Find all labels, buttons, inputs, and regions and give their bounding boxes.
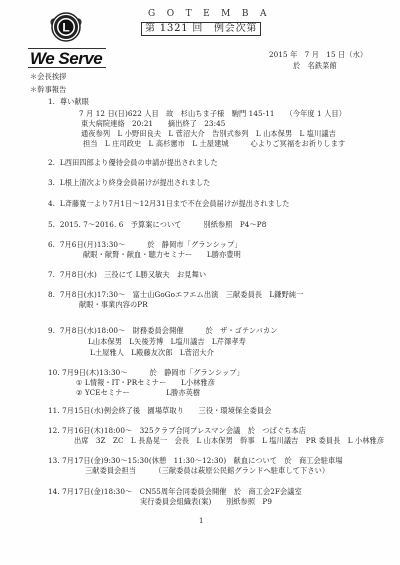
item-title: 7月9日(木)13:30～ 於 静岡市「グランシップ」	[62, 368, 244, 377]
item-line: ② YCEセミナー L勝亦英樹	[76, 388, 200, 397]
item-line: 出席 3Z ZC L 長島晃一 会長 L 山本保男 幹事 L 塩川議吉 PR 委…	[74, 436, 384, 445]
item-title: L西田四郎より優待会員の申請が提出されました	[60, 158, 218, 167]
item-title: 7月8日(水)17:30～ 富士山GoGoエフエム出演 三献委員長 L鎌野純一	[60, 290, 304, 299]
item-title: L根上清次より終身会員届けが提出されました	[60, 178, 211, 187]
section-president-greeting: ＊会長挨拶	[30, 72, 66, 81]
item-title: 7月8日(水)18:00～ 財務委員会開催 於 ザ・ゴテンバカン	[60, 326, 278, 335]
page-number: 1	[199, 517, 203, 525]
item-number: 7.	[48, 270, 55, 279]
item-number: 4.	[48, 199, 55, 208]
item-number: 10.	[48, 368, 60, 377]
item-title: 7月6日(月)13:30～ 於 静岡市「グランシップ」	[60, 240, 242, 249]
item-title: 7月15日(水)例会終了後 園場草取り 三役・環境保全委員会	[62, 406, 271, 415]
agenda-item-13: 13. 7月17日(金)9:30～15:30(休憩 11:30～12:30) 献…	[48, 456, 343, 465]
item-line: L土屋雅人 L殿藤友次郎 L菅沼大介	[90, 348, 214, 357]
item-line: ① L情報・IT・PRセミナー L小林雅彦	[76, 378, 215, 387]
item-line: 献眼・献腎・献血・聴力セミナー L勝亦豊明	[83, 250, 241, 259]
item-line: 三献委員会担当 （三献委員は萩原公民館グランドへ駐車して下さい）	[85, 466, 329, 475]
meeting-date: 2015 年 7 月 15 日（水）	[269, 50, 367, 59]
item-number: 2.	[48, 158, 55, 167]
item-number: 3.	[48, 178, 55, 187]
agenda-item-6: 6. 7月6日(月)13:30～ 於 静岡市「グランシップ」	[48, 240, 242, 249]
item-line: 通夜参列 L 小野田良夫 L 菅沼大介 告別式参列 L 山本保男 L 塩川議吉	[81, 129, 336, 138]
item-line: 東大病院連絡 20:21 摘出終了 23:45	[81, 119, 225, 128]
agenda-item-11: 11. 7月15日(水)例会終了後 園場草取り 三役・環境保全委員会	[48, 406, 271, 415]
agenda-item-7: 7. 7月8日(水) 三役にて L勝又敏夫 お見舞い	[48, 270, 206, 279]
item-number: 14.	[48, 487, 60, 496]
club-name: GOTEMBA	[148, 9, 278, 19]
item-number: 8.	[48, 290, 55, 299]
item-title: L斉藤寛一より7月1日～12月31日まで不在会員届けが提出されました	[60, 199, 290, 208]
item-number: 5.	[48, 220, 55, 229]
item-number: 11.	[48, 406, 60, 415]
agenda-item-2: 2. L西田四郎より優待会員の申請が提出されました	[48, 158, 218, 167]
item-line: L山本保男 L矢後芳博 L塩川議吉 L芹澤孝寿	[88, 337, 246, 346]
meeting-venue: 於 名鉄菜館	[293, 61, 337, 70]
agenda-item-9: 9. 7月8日(水)18:00～ 財務委員会開催 於 ザ・ゴテンバカン	[48, 326, 278, 335]
item-number: 13.	[48, 456, 60, 465]
item-title: 7月8日(水) 三役にて L勝又敏夫 お見舞い	[60, 270, 206, 279]
item-line: 担当 L 庄司政史 L 高杉憲市 L 土屋建城 心よりご冥福をお祈りします	[83, 139, 345, 148]
section-secretary-report: ＊幹事報告	[30, 85, 66, 94]
item-number: 12.	[48, 426, 60, 435]
svg-text:L: L	[62, 21, 69, 35]
we-serve-motto: We Serve	[28, 48, 106, 68]
item-title: 7月17日(金)18:30～ CN55周年合同委員会開催 於 商工会2F会議室	[62, 487, 302, 496]
agenda-item-10: 10. 7月9日(木)13:30～ 於 静岡市「グランシップ」	[48, 368, 244, 377]
item-number: 6.	[48, 240, 55, 249]
item-line: 実行委員会組織表(案) 別紙参照 P9	[140, 497, 272, 506]
item-number: 9.	[48, 326, 55, 335]
lions-emblem-icon: L	[46, 8, 86, 48]
agenda-item-3: 3. L根上清次より終身会員届けが提出されました	[48, 178, 210, 187]
item-number: 1.	[48, 97, 55, 106]
agenda-item-8: 8. 7月8日(水)17:30～ 富士山GoGoエフエム出演 三献委員長 L鎌野…	[48, 290, 303, 299]
item-line: 献眼・事業内容のPR	[79, 300, 148, 309]
item-title: 2015. 7～2016. 6 予算案について 別紙参照 P4～P8	[60, 220, 267, 229]
agenda-item-12: 12. 7月16日(木)18:00～ 325クラブ合同プレスマン会議 於 つばぐ…	[48, 426, 306, 435]
item-title: 7月17日(金)9:30～15:30(休憩 11:30～12:30) 献血につい…	[62, 456, 343, 465]
item-title: 7月16日(木)18:00～ 325クラブ合同プレスマン会議 於 つばぐち本店	[62, 426, 306, 435]
agenda-item-5: 5. 2015. 7～2016. 6 予算案について 別紙参照 P4～P8	[48, 220, 266, 229]
agenda-item-4: 4. L斉藤寛一より7月1日～12月31日まで不在会員届けが提出されました	[48, 199, 290, 208]
agenda-item-14: 14. 7月17日(金)18:30～ CN55周年合同委員会開催 於 商工会2F…	[48, 487, 302, 496]
item-title: 尊い献眼	[60, 97, 89, 106]
item-line: 7 月 12 日(日)622 人目 故 杉山ちま子様 駒門 145-11 （今年…	[79, 109, 346, 118]
meeting-title: 第 1321 回 例会次第	[141, 22, 261, 36]
agenda-item-1: 1. 尊い献眼	[48, 97, 89, 106]
